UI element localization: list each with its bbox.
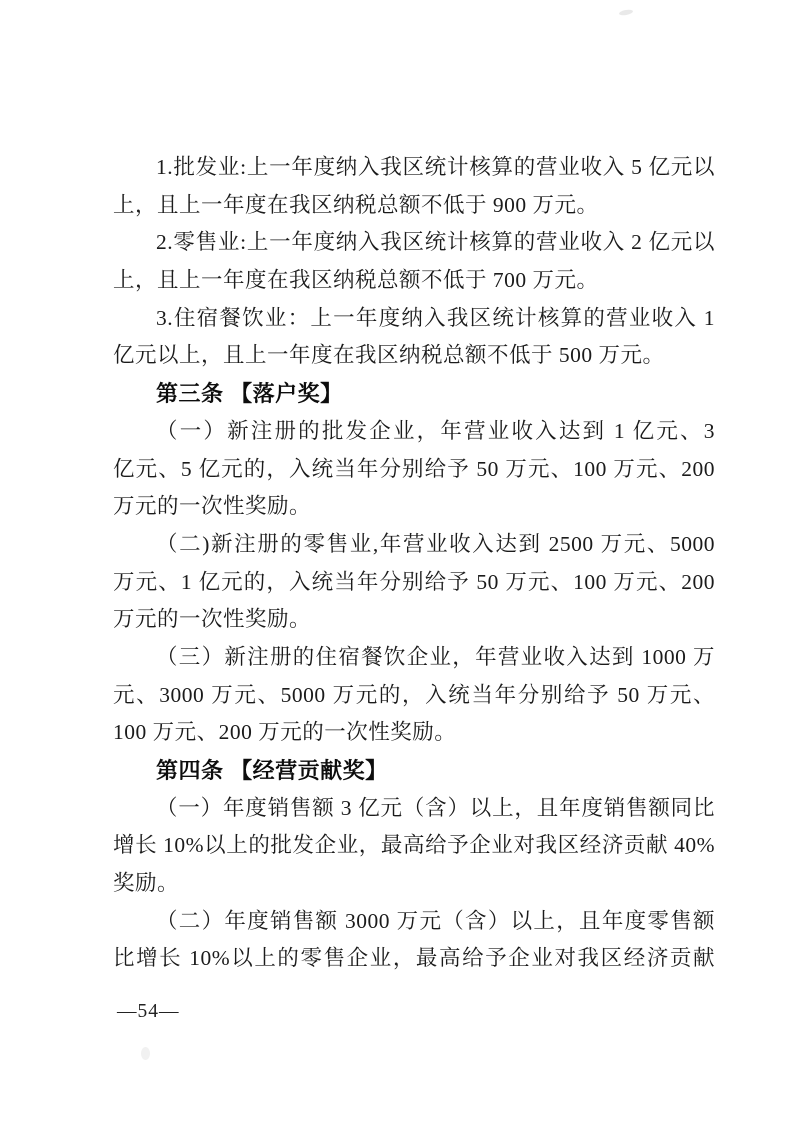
text-line: 2.零售业:上一年度纳入我区统计核算的营业收入 2 亿元以 xyxy=(113,224,715,262)
text-line: （三）新注册的住宿餐饮企业，年营业收入达到 1000 万 xyxy=(113,639,715,677)
text-line: 上，且上一年度在我区纳税总额不低于 900 万元。 xyxy=(113,187,715,225)
text-line: 增长 10%以上的批发企业，最高给予企业对我区经济贡献 40%的 xyxy=(113,827,715,865)
text-line: （二）年度销售额 3000 万元（含）以上，且年度零售额同 xyxy=(113,903,715,941)
scan-artifact-bottom xyxy=(141,1047,150,1060)
item-2-retail: 2.零售业:上一年度纳入我区统计核算的营业收入 2 亿元以上，且上一年度在我区纳… xyxy=(113,224,715,299)
text-line: 1.批发业:上一年度纳入我区统计核算的营业收入 5 亿元以 xyxy=(113,149,715,187)
text-line: 第三条 【落户奖】 xyxy=(113,375,715,413)
text-line: 亿元、5 亿元的，入统当年分别给予 50 万元、100 万元、200 xyxy=(113,451,715,489)
article-3-item-1: （一）新注册的批发企业，年营业收入达到 1 亿元、3亿元、5 亿元的，入统当年分… xyxy=(113,413,715,526)
article-4-item-1: （一）年度销售额 3 亿元（含）以上，且年度销售额同比增长 10%以上的批发企业… xyxy=(113,790,715,903)
text-line: 上，且上一年度在我区纳税总额不低于 700 万元。 xyxy=(113,262,715,300)
page-number: —54— xyxy=(117,999,180,1025)
text-line: 奖励。 xyxy=(113,865,715,903)
text-line: 万元的一次性奖励。 xyxy=(113,601,715,639)
text-line: 比增长 10%以上的零售企业，最高给予企业对我区经济贡献 40% xyxy=(113,940,715,978)
article-4-heading: 第四条 【经营贡献奖】 xyxy=(113,752,715,790)
document-page: 1.批发业:上一年度纳入我区统计核算的营业收入 5 亿元以上，且上一年度在我区纳… xyxy=(0,0,800,1131)
article-4-item-2: （二）年度销售额 3000 万元（含）以上，且年度零售额同比增长 10%以上的零… xyxy=(113,903,715,978)
item-1-wholesale: 1.批发业:上一年度纳入我区统计核算的营业收入 5 亿元以上，且上一年度在我区纳… xyxy=(113,149,715,224)
text-line: （一）年度销售额 3 亿元（含）以上，且年度销售额同比 xyxy=(113,790,715,828)
scan-artifact-top xyxy=(619,9,634,16)
text-line: 亿元以上，且上一年度在我区纳税总额不低于 500 万元。 xyxy=(113,337,715,375)
text-line: 万元的一次性奖励。 xyxy=(113,488,715,526)
document-body: 1.批发业:上一年度纳入我区统计核算的营业收入 5 亿元以上，且上一年度在我区纳… xyxy=(113,149,715,978)
text-line: 第四条 【经营贡献奖】 xyxy=(113,752,715,790)
article-3-item-3: （三）新注册的住宿餐饮企业，年营业收入达到 1000 万元、3000 万元、50… xyxy=(113,639,715,752)
item-3-hotel-catering: 3.住宿餐饮业：上一年度纳入我区统计核算的营业收入 1亿元以上，且上一年度在我区… xyxy=(113,300,715,375)
text-line: 3.住宿餐饮业：上一年度纳入我区统计核算的营业收入 1 xyxy=(113,300,715,338)
article-3-item-2: （二)新注册的零售业,年营业收入达到 2500 万元、5000万元、1 亿元的，… xyxy=(113,526,715,639)
text-line: 100 万元、200 万元的一次性奖励。 xyxy=(113,714,715,752)
text-line: （一）新注册的批发企业，年营业收入达到 1 亿元、3 xyxy=(113,413,715,451)
article-3-heading: 第三条 【落户奖】 xyxy=(113,375,715,413)
text-line: （二)新注册的零售业,年营业收入达到 2500 万元、5000 xyxy=(113,526,715,564)
text-line: 元、3000 万元、5000 万元的，入统当年分别给予 50 万元、 xyxy=(113,677,715,715)
text-line: 万元、1 亿元的，入统当年分别给予 50 万元、100 万元、200 xyxy=(113,564,715,602)
